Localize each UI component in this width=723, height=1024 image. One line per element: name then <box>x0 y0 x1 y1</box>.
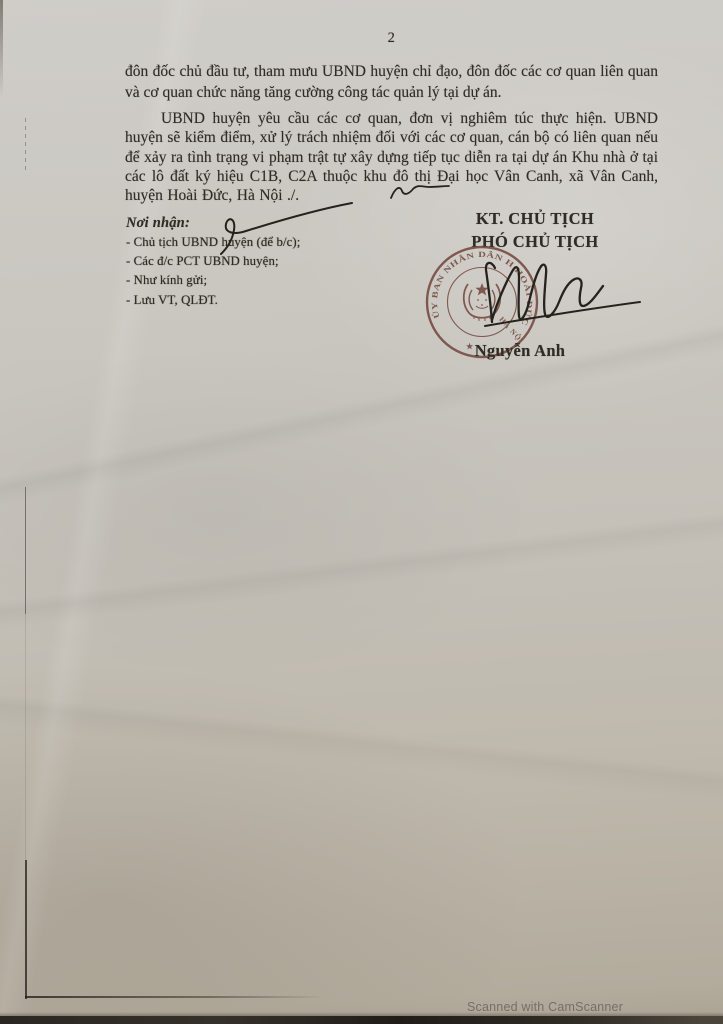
underlay-page-bottom-line <box>25 996 325 998</box>
underlay-page-edge-line <box>25 860 27 999</box>
recipient-item: - Lưu VT, QLĐT. <box>126 291 426 309</box>
handwritten-squiggle <box>190 193 370 263</box>
body-paragraph: đôn đốc chủ đầu tư, tham mưu UBND huyện … <box>125 61 658 103</box>
page-number: 2 <box>125 30 658 47</box>
scanned-document-page: 2 đôn đốc chủ đầu tư, tham mưu UBND huyệ… <box>0 0 723 1024</box>
underlay-page-edge-line <box>25 614 26 860</box>
recipient-item: - Như kính gửi; <box>126 271 426 289</box>
signer-name: Nguyễn Anh <box>450 341 590 361</box>
signature-scribble <box>455 250 655 350</box>
underlay-page-edge-line <box>25 487 26 614</box>
scan-edge-artifact <box>0 0 3 98</box>
handwritten-initial-mark <box>385 178 455 208</box>
underlay-page-edge-line <box>25 118 26 172</box>
camscanner-watermark: Scanned with CamScanner <box>467 1000 623 1014</box>
scan-bottom-strip <box>0 1016 723 1024</box>
signer-role-line1: KT. CHỦ TỊCH <box>428 207 642 230</box>
